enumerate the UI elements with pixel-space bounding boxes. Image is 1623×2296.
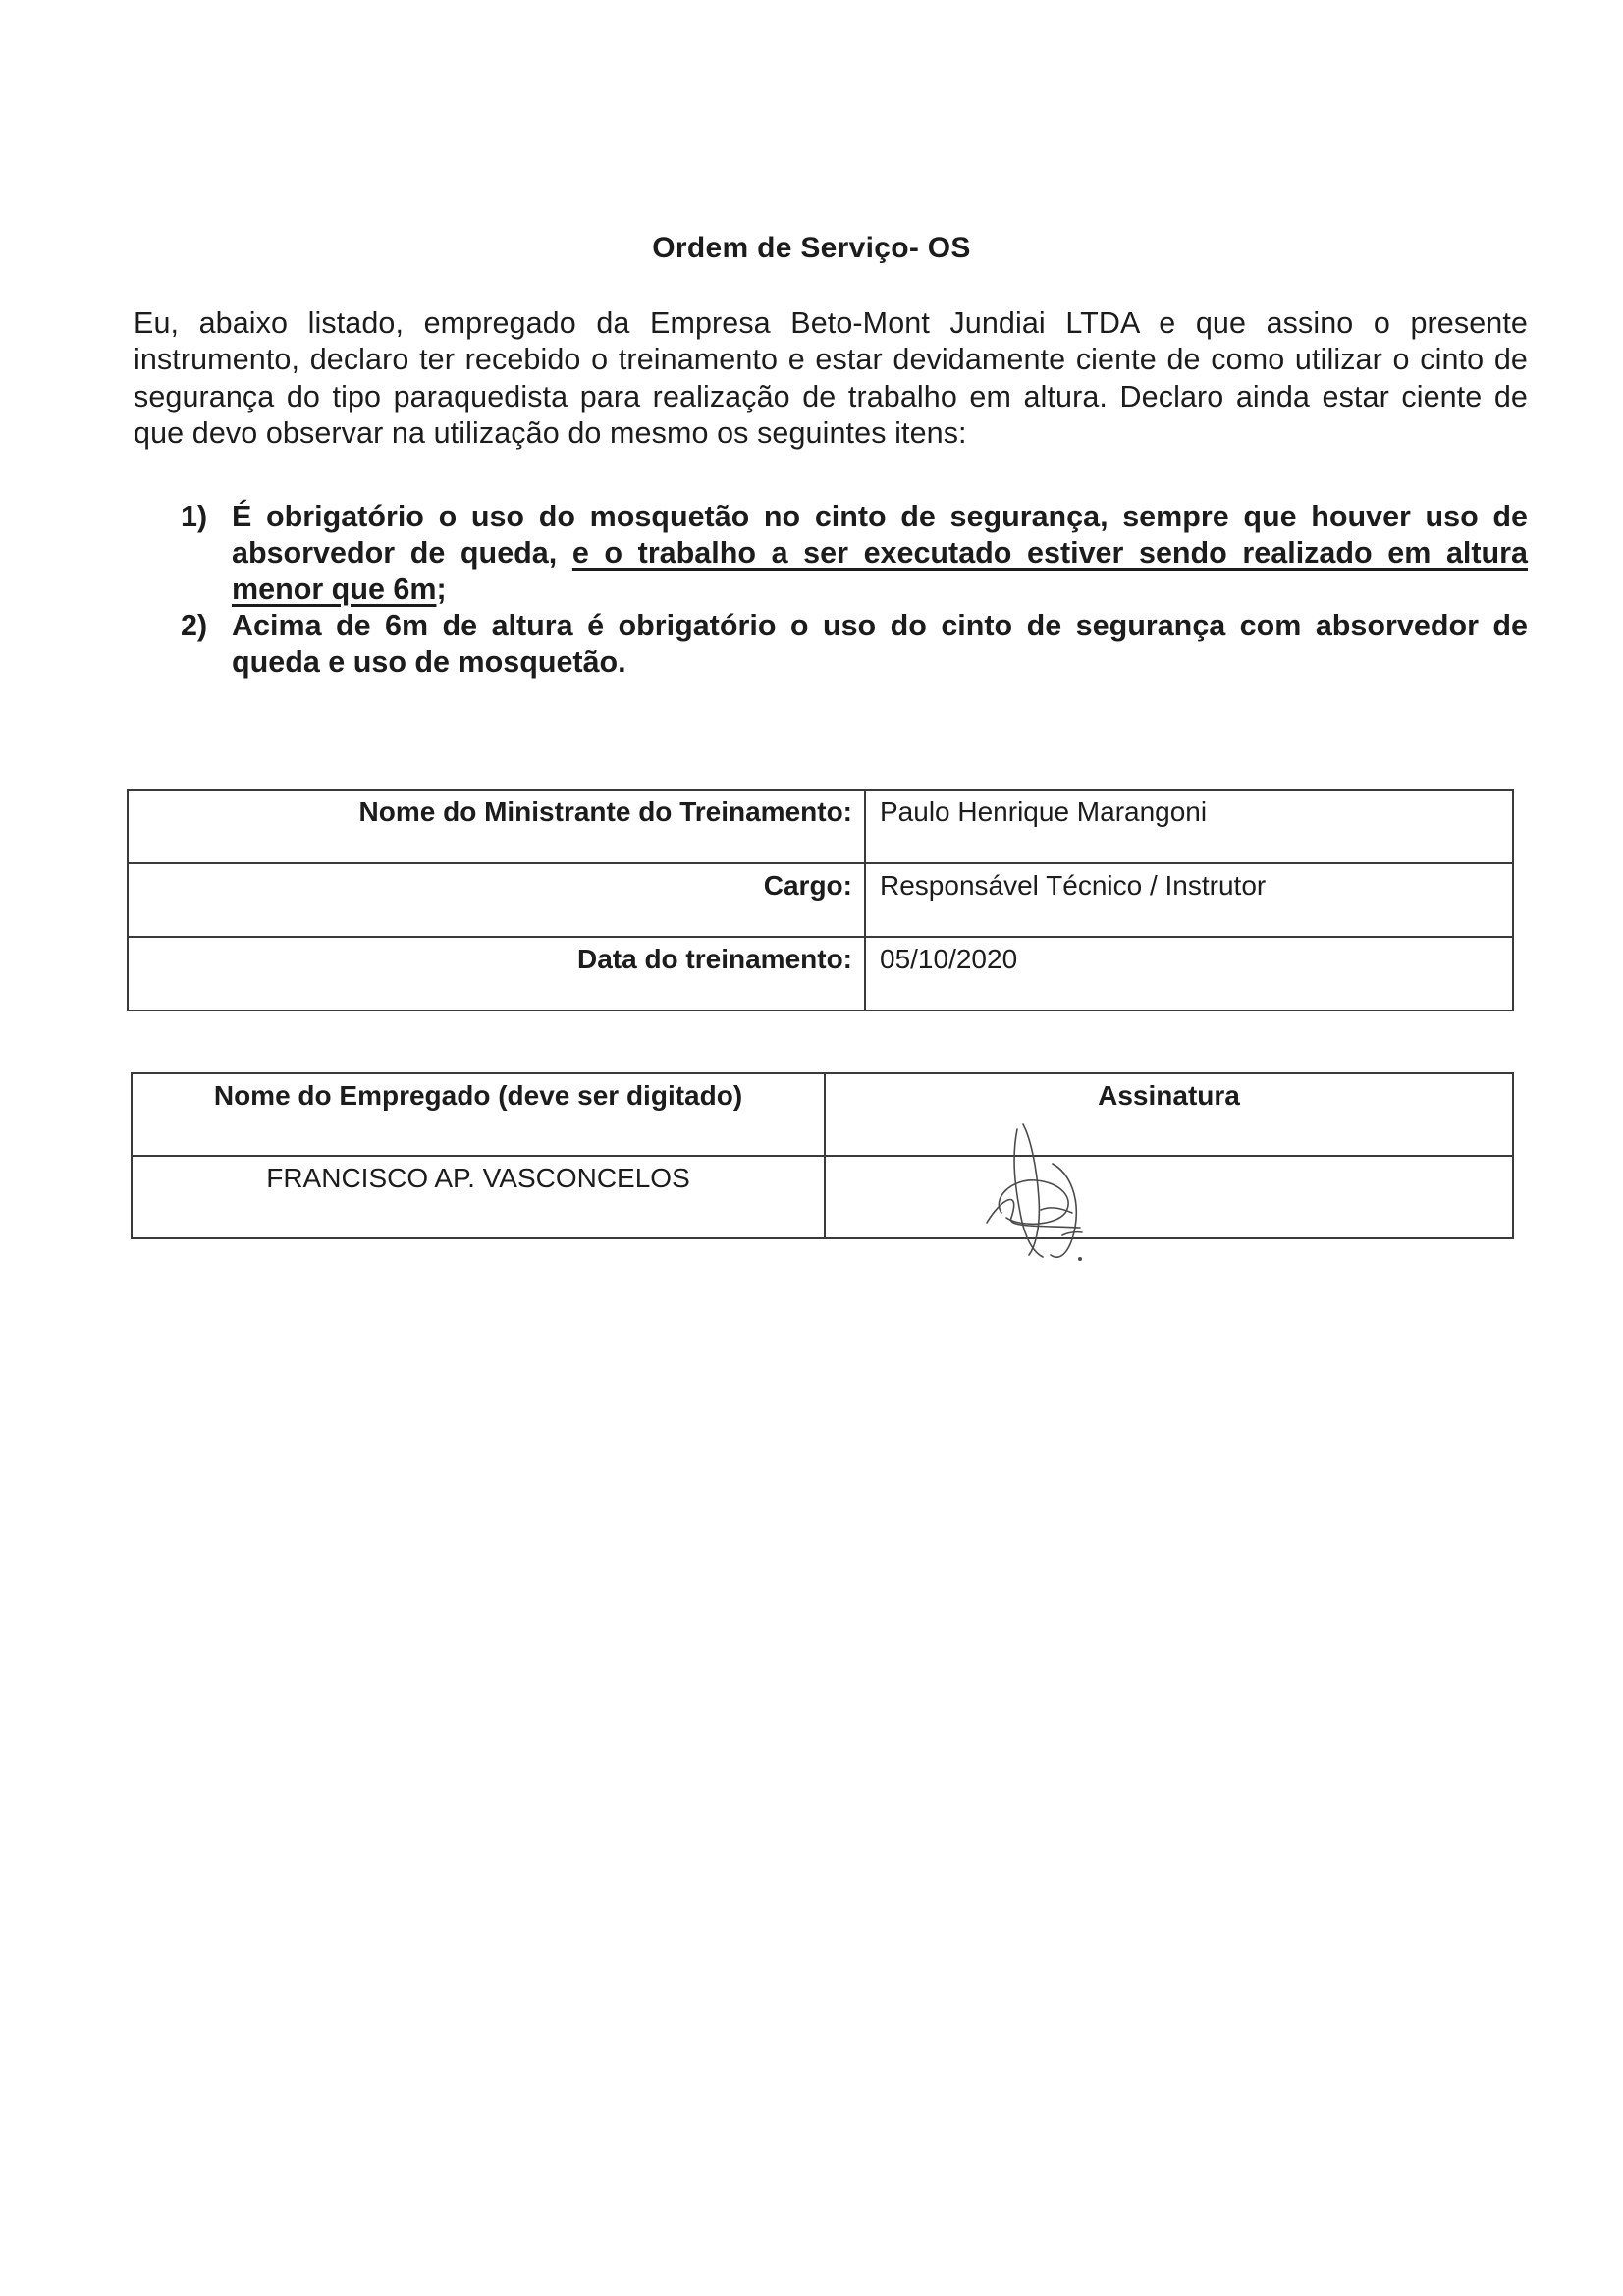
rule-item: 1) É obrigatório o uso do mosquetão no c… — [181, 499, 1528, 608]
document-title: Ordem de Serviço- OS — [0, 229, 1623, 268]
training-info-table: Nome do Ministrante do Treinamento: Paul… — [127, 789, 1514, 1011]
intro-paragraph: Eu, abaixo listado, empregado da Empresa… — [134, 305, 1528, 452]
role-value: Responsável Técnico / Instrutor — [865, 863, 1513, 937]
table-row: FRANCISCO AP. VASCONCELOS — [132, 1156, 1513, 1238]
rule-text: Acima de 6m de altura é obrigatório o us… — [232, 609, 1528, 679]
table-row: Nome do Ministrante do Treinamento: Paul… — [128, 790, 1513, 863]
employee-name-header: Nome do Empregado (deve ser digitado) — [132, 1073, 825, 1156]
employee-table: Nome do Empregado (deve ser digitado) As… — [131, 1072, 1514, 1239]
rule-number: 2) — [181, 608, 207, 644]
signature-icon — [982, 1120, 1178, 1267]
employee-name-value: FRANCISCO AP. VASCONCELOS — [132, 1156, 825, 1238]
rules-list: 1) É obrigatório o uso do mosquetão no c… — [181, 499, 1528, 681]
table-row: Data do treinamento: 05/10/2020 — [128, 937, 1513, 1011]
trainer-name-value: Paulo Henrique Marangoni — [865, 790, 1513, 863]
table-row: Cargo: Responsável Técnico / Instrutor — [128, 863, 1513, 937]
rule-number: 1) — [181, 499, 207, 535]
rule-item: 2) Acima de 6m de altura é obrigatório o… — [181, 608, 1528, 681]
training-date-value: 05/10/2020 — [865, 937, 1513, 1011]
table-header-row: Nome do Empregado (deve ser digitado) As… — [132, 1073, 1513, 1156]
training-date-label: Data do treinamento: — [128, 937, 865, 1011]
trainer-name-label: Nome do Ministrante do Treinamento: — [128, 790, 865, 863]
rule-suffix: ; — [436, 573, 446, 606]
role-label: Cargo: — [128, 863, 865, 937]
